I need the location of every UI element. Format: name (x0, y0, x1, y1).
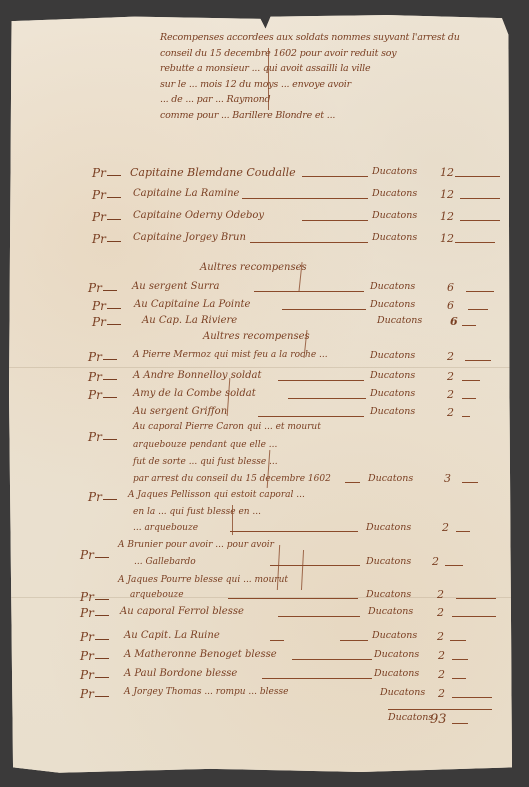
margin-mark: Pr (88, 281, 102, 295)
leader-line (340, 640, 368, 641)
amount: 2 (447, 350, 454, 363)
paper-fold (9, 367, 512, 368)
entry-name: Au sergent Surra (132, 281, 219, 292)
section-heading: Aultres recompenses (203, 331, 310, 342)
currency: Ducatons (380, 687, 425, 698)
entry-row: Pr Capitaine La Ramine Ducatons 12 (0, 188, 529, 204)
margin-mark: Pr (80, 649, 94, 663)
amount-rule (456, 531, 470, 532)
amount-rule (452, 723, 468, 724)
leader-line (262, 678, 372, 679)
amount: 6 (447, 299, 454, 312)
entry-line: en la ... qui fust blesse en ... (133, 507, 261, 517)
total-row: Ducatons 93 (0, 712, 529, 728)
amount-rule (465, 360, 491, 361)
entry-row: Au sergent Griffon Ducatons 2 (0, 406, 529, 422)
amount: 12 (440, 166, 454, 179)
currency: Ducatons (370, 299, 415, 310)
entry-row: Pr Au Capit. La Ruine Ducatons 2 (0, 630, 529, 646)
margin-mark: Pr (80, 630, 94, 644)
amount-rule (460, 220, 500, 221)
margin-mark: Pr (80, 590, 94, 604)
currency: Ducatons (370, 370, 415, 381)
amount: 2 (438, 668, 445, 681)
entry-name: Au Capit. La Ruine (124, 630, 220, 641)
header-line: sur le ... mois 12 du moys ... envoye av… (160, 77, 505, 93)
leader-line (270, 565, 360, 566)
currency: Ducatons (370, 281, 415, 292)
leader-line (292, 659, 372, 660)
amount: 12 (440, 188, 454, 201)
amount: 2 (447, 388, 454, 401)
leader-line (250, 242, 368, 243)
currency: Ducatons (372, 630, 417, 641)
entry-line: ... arquebouze (133, 523, 198, 533)
entry-row: Pr Amy de la Combe soldat Ducatons 2 (0, 388, 529, 404)
entry-name: Au Cap. La Riviere (142, 315, 237, 326)
currency: Ducatons (366, 556, 411, 567)
amount: 2 (438, 649, 445, 662)
margin-mark: Pr (92, 166, 106, 180)
entry-row: Pr Au sergent Surra Ducatons 6 (0, 281, 529, 297)
entry-name: A Andre Bonnelloy soldat (133, 370, 262, 381)
amount: 3 (444, 472, 451, 485)
entry-name: Capitaine Oderny Odeboy (133, 210, 264, 221)
leader-line (288, 398, 366, 399)
amount-rule (452, 678, 466, 679)
entry-name: Capitaine La Ramine (133, 188, 239, 199)
amount: 2 (437, 588, 444, 601)
entry-row: Pr Capitaine Blemdane Coudalle Ducatons … (0, 166, 529, 182)
leader-line (242, 198, 368, 199)
currency: Ducatons (368, 606, 413, 617)
amount-rule (450, 640, 466, 641)
entry-line: A Jaques Pourre blesse qui ... mourut (118, 575, 288, 585)
currency: Ducatons (372, 210, 417, 221)
amount: 2 (442, 521, 449, 534)
amount-rule (462, 398, 476, 399)
amount-rule (452, 659, 468, 660)
amount-rule (452, 616, 496, 617)
entry-name: Au Capitaine La Pointe (134, 299, 250, 310)
entry-line: arquebouze (130, 590, 184, 600)
amount-rule (462, 325, 476, 326)
margin-mark: Pr (92, 232, 106, 246)
ink-stroke (232, 505, 233, 535)
leader-line (302, 220, 368, 221)
amount: 12 (440, 210, 454, 223)
margin-mark: Pr (80, 668, 94, 682)
currency: Ducatons (374, 649, 419, 660)
leader-line (270, 640, 284, 641)
leader-line (345, 482, 360, 483)
amount-rule (455, 176, 500, 177)
entry-name: A Pierre Mermoz qui mist feu a la roche … (133, 350, 328, 360)
amount: 12 (440, 232, 454, 245)
entry-name: Capitaine Jorgey Brun (133, 232, 246, 243)
amount: 2 (432, 555, 439, 568)
amount-rule (468, 309, 488, 310)
entry-name: A Matheronne Benoget blesse (124, 649, 277, 660)
leader-line (278, 380, 364, 381)
currency: Ducatons (374, 668, 419, 679)
entry-row: Pr A Jorgey Thomas ... rompu ... blesse … (0, 687, 529, 703)
currency: Ducatons (370, 350, 415, 361)
header-line: ... de ... par ... Raymond (160, 92, 505, 108)
currency: Ducatons (366, 589, 411, 600)
leader-line (228, 598, 358, 599)
entry-row: Pr A Paul Bordone blesse Ducatons 2 (0, 668, 529, 684)
margin-mark: Pr (92, 315, 106, 329)
entry-line: A Jaques Pellisson qui estoit caporal ..… (128, 490, 305, 500)
amount: 6 (447, 281, 454, 294)
margin-mark: Pr (88, 388, 102, 402)
entry-row: Pr A Matheronne Benoget blesse Ducatons … (0, 649, 529, 665)
header-line: Recompenses accordees aux soldats nommes… (160, 30, 505, 46)
currency: Ducatons (370, 388, 415, 399)
amount: 2 (447, 370, 454, 383)
entry-name: Capitaine Blemdane Coudalle (130, 166, 296, 179)
leader-line (258, 416, 364, 417)
leader-line (278, 616, 360, 617)
entry-name: Au caporal Ferrol blesse (120, 606, 244, 617)
entry-row: Pr Au caporal Ferrol blesse Ducatons 2 (0, 606, 529, 622)
entry-row: Pr Au Capitaine La Pointe Ducatons 6 (0, 299, 529, 315)
entry-row: Pr A Andre Bonnelloy soldat Ducatons 2 (0, 370, 529, 386)
entry-line: ... Gallebardo (134, 557, 196, 567)
currency: Ducatons (372, 166, 417, 177)
amount: 6 (450, 315, 458, 328)
amount-rule (456, 598, 496, 599)
total-rule (388, 709, 492, 710)
header-line: comme pour ... Barillere Blondre et ... (160, 108, 505, 124)
entry-name: Amy de la Combe soldat (133, 388, 256, 399)
amount-rule (445, 565, 463, 566)
currency: Ducatons (372, 188, 417, 199)
currency: Ducatons (368, 473, 413, 484)
entry-name: A Paul Bordone blesse (124, 668, 237, 679)
amount-rule (462, 416, 470, 417)
header-line: rebutte a monsieur ... qui avoit assaill… (160, 61, 505, 77)
amount-rule (462, 380, 480, 381)
header-line: conseil du 15 decembre 1602 pour avoir r… (160, 46, 505, 62)
margin-mark: Pr (92, 210, 106, 224)
currency: Ducatons (370, 406, 415, 417)
amount: 2 (437, 606, 444, 619)
entry-line: par arrest du conseil du 15 decembre 160… (133, 474, 331, 484)
total-currency: Ducatons (388, 712, 433, 723)
amount: 2 (437, 630, 444, 643)
entry-line: fut de sorte ... qui fust blesse ... (133, 457, 278, 467)
margin-mark: Pr (88, 490, 102, 504)
margin-mark: Pr (88, 350, 102, 364)
currency: Ducatons (377, 315, 422, 326)
margin-mark: Pr (92, 299, 106, 313)
amount-rule (460, 198, 500, 199)
margin-mark: Pr (80, 606, 94, 620)
margin-mark: Pr (92, 188, 106, 202)
entry-row: Pr Capitaine Oderny Odeboy Ducatons 12 (0, 210, 529, 226)
entry-row: Pr A Pierre Mermoz qui mist feu a la roc… (0, 350, 529, 366)
entry-row: Pr Au Cap. La Riviere Ducatons 6 (0, 315, 529, 331)
amount-rule (466, 291, 494, 292)
entry-line: A Brunier pour avoir ... pour avoir (118, 540, 274, 550)
amount: 2 (447, 406, 454, 419)
margin-mark: Pr (80, 548, 94, 562)
ink-stroke (268, 48, 269, 110)
total-amount: 93 (430, 712, 447, 727)
leader-line (254, 291, 364, 292)
currency: Ducatons (366, 522, 411, 533)
amount: 2 (438, 687, 445, 700)
amount-rule (455, 242, 495, 243)
leader-line (282, 309, 366, 310)
margin-mark: Pr (80, 687, 94, 701)
currency: Ducatons (372, 232, 417, 243)
leader-line (230, 531, 358, 532)
margin-mark: Pr (88, 370, 102, 384)
entry-name: Au sergent Griffon (133, 406, 227, 417)
margin-mark: Pr (88, 430, 102, 444)
amount-rule (452, 697, 492, 698)
amount-rule (462, 482, 478, 483)
entry-name: A Jorgey Thomas ... rompu ... blesse (124, 687, 288, 697)
header-paragraph: Recompenses accordees aux soldats nommes… (160, 30, 505, 123)
entry-row: Pr Capitaine Jorgey Brun Ducatons 12 (0, 232, 529, 248)
leader-line (302, 176, 368, 177)
section-heading: Aultres recompenses (200, 262, 307, 273)
entry-line: Au caporal Pierre Caron qui ... et mouru… (133, 422, 321, 432)
entry-line: arquebouze pendant que elle ... (133, 440, 277, 450)
